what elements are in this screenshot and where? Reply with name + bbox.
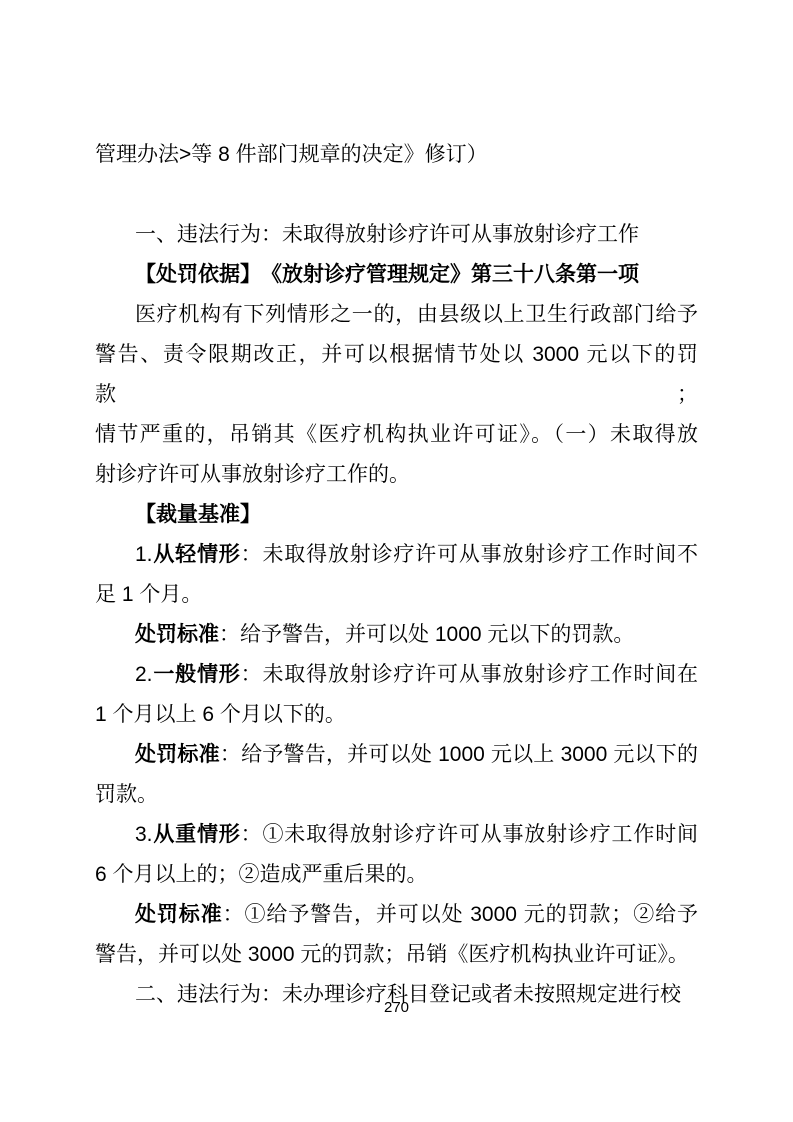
para-regulation-text: 医疗机构有下列情形之一的，由县级以上卫生行政部门给予警告、责令限期改正，并可以根… [95,295,698,495]
para-penalty-basis-heading-line-1: 【处罚依据】 《放射诊疗管理规定》第三十八条第一项 [95,255,698,295]
para-title-continuation: 管理办法>等 8 件部门规章的决定》修订） [95,135,698,175]
text-run: 罚款。 [95,783,158,806]
para-severe-penalty-standard-line-2: 警告，并可以处 3000 元的罚款；吊销《医疗机构执业许可证》。 [95,935,698,975]
text-run: ：①给予警告，并可以处 3000 元的罚款；②给予 [223,903,698,926]
para-item1-violation-line-1: 一、违法行为：未取得放射诊疗许可从事放射诊疗工作 [95,215,698,255]
text-run: ：①未取得放射诊疗许可从事放射诊疗工作时间 [241,823,698,846]
text-run: 3. [135,823,153,846]
para-regulation-text-line-3: 情节严重的，吊销其《医疗机构执业许可证》。（一）未取得放 [95,415,698,455]
para-lenient-penalty-standard-line-1: 处罚标准：给予警告，并可以处 1000 元以下的罚款。 [95,615,698,655]
para-regulation-text-line-2: 警告、责令限期改正，并可以根据情节处以 3000 元以下的罚款； [95,335,698,415]
text-run: 6 个月以上的；②造成严重后果的。 [95,863,428,886]
para-discretion-benchmark-heading-line-1: 【裁量基准】 [95,495,698,535]
para-item1-violation: 一、违法行为：未取得放射诊疗许可从事放射诊疗工作 [95,215,698,255]
para-penalty-basis-heading: 【处罚依据】 《放射诊疗管理规定》第三十八条第一项 [95,255,698,295]
text-run: 管理办法>等 8 件部门规章的决定》修订） [95,143,488,166]
para-general-penalty-standard-line-1: 处罚标准：给予警告，并可以处 1000 元以上 3000 元以下的 [95,735,698,775]
para-general-circumstance-line-2: 1 个月以上 6 个月以下的。 [95,695,698,735]
para-lenient-penalty-standard: 处罚标准：给予警告，并可以处 1000 元以下的罚款。 [95,615,698,655]
para-lenient-circumstance-line-2: 足 1 个月。 [95,575,698,615]
para-general-circumstance-line-1: 2.一般情形：未取得放射诊疗许可从事放射诊疗工作时间在 [95,655,698,695]
para-lenient-circumstance-line-1: 1.从轻情形：未取得放射诊疗许可从事放射诊疗工作时间不 [95,535,698,575]
bold-text-run: 一般情形 [153,663,241,686]
text-run: 情节严重的，吊销其《医疗机构执业许可证》。（一）未取得放 [95,423,698,446]
para-severe-circumstance: 3.从重情形：①未取得放射诊疗许可从事放射诊疗工作时间6 个月以上的；②造成严重… [95,815,698,895]
text-run: ：未取得放射诊疗许可从事放射诊疗工作时间在 [241,663,698,686]
bold-text-run: 处罚标准 [135,743,220,766]
text-run: ：给予警告，并可以处 1000 元以上 3000 元以下的 [220,743,698,766]
text-run: 警告，并可以处 3000 元的罚款；吊销《医疗机构执业许可证》。 [95,943,689,966]
text-run: 1. [135,543,153,566]
text-run: ：给予警告，并可以处 1000 元以下的罚款。 [219,623,634,646]
para-general-penalty-standard-line-2: 罚款。 [95,775,698,815]
bold-text-run: 【处罚依据】 《放射诊疗管理规定》第三十八条第一项 [135,263,639,286]
bold-text-run: 处罚标准 [135,623,219,646]
text-run: 一、违法行为：未取得放射诊疗许可从事放射诊疗工作 [135,223,639,246]
document-page: 管理办法>等 8 件部门规章的决定》修订）一、违法行为：未取得放射诊疗许可从事放… [0,0,793,1122]
page-number: 270 [0,998,793,1018]
bold-text-run: 从重情形 [153,823,241,846]
para-lenient-circumstance: 1.从轻情形：未取得放射诊疗许可从事放射诊疗工作时间不足 1 个月。 [95,535,698,615]
para-title-continuation-line-1: 管理办法>等 8 件部门规章的决定》修订） [95,135,698,175]
para-general-penalty-standard: 处罚标准：给予警告，并可以处 1000 元以上 3000 元以下的罚款。 [95,735,698,815]
para-regulation-text-line-4: 射诊疗许可从事放射诊疗工作的。 [95,455,698,495]
para-severe-penalty-standard-line-1: 处罚标准：①给予警告，并可以处 3000 元的罚款；②给予 [95,895,698,935]
text-run: 2. [135,663,153,686]
text-run: 足 1 个月。 [95,583,202,606]
text-run: 警告、责令限期改正，并可以根据情节处以 3000 元以下的罚款； [95,343,698,406]
para-regulation-text-line-1: 医疗机构有下列情形之一的，由县级以上卫生行政部门给予 [95,295,698,335]
text-run: 医疗机构有下列情形之一的，由县级以上卫生行政部门给予 [135,303,698,326]
para-severe-penalty-standard: 处罚标准：①给予警告，并可以处 3000 元的罚款；②给予警告，并可以处 300… [95,895,698,975]
bold-text-run: 【裁量基准】 [135,503,261,526]
para-severe-circumstance-line-2: 6 个月以上的；②造成严重后果的。 [95,855,698,895]
text-run: 射诊疗许可从事放射诊疗工作的。 [95,463,410,486]
text-run: 1 个月以上 6 个月以下的。 [95,703,346,726]
para-general-circumstance: 2.一般情形：未取得放射诊疗许可从事放射诊疗工作时间在1 个月以上 6 个月以下… [95,655,698,735]
bold-text-run: 处罚标准 [135,903,223,926]
document-body: 管理办法>等 8 件部门规章的决定》修订）一、违法行为：未取得放射诊疗许可从事放… [95,135,698,1015]
text-run: ：未取得放射诊疗许可从事放射诊疗工作时间不 [241,543,698,566]
para-discretion-benchmark-heading: 【裁量基准】 [95,495,698,535]
para-severe-circumstance-line-1: 3.从重情形：①未取得放射诊疗许可从事放射诊疗工作时间 [95,815,698,855]
bold-text-run: 从轻情形 [153,543,241,566]
